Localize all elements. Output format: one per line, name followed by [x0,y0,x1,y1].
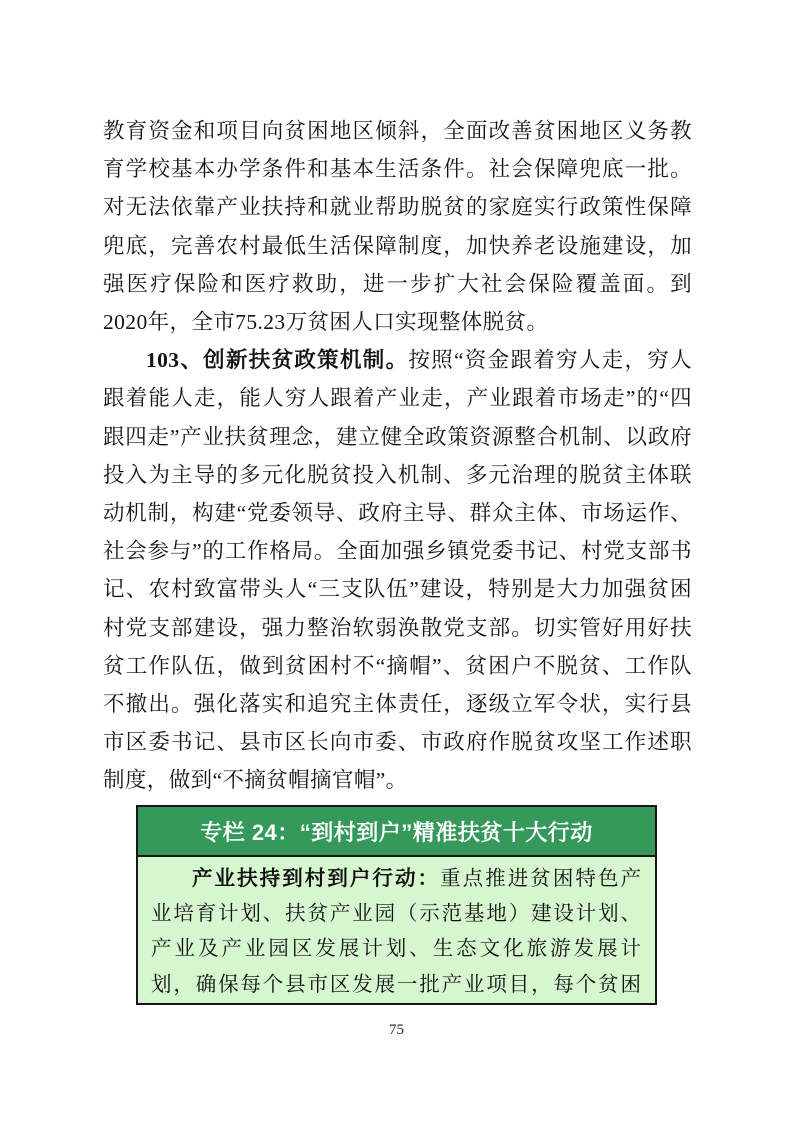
panel-header: 专栏 24：“到村到户”精准扶贫十大行动 [138,807,655,857]
paragraph-text: 教育资金和项目向贫困地区倾斜，全面改善贫困地区义务教育学校基本办学条件和基本生活… [103,119,692,334]
paragraph: 教育资金和项目向贫困地区倾斜，全面改善贫困地区义务教育学校基本办学条件和基本生活… [103,112,692,341]
paragraph-lead: 103、创新扶贫政策机制。 [146,348,408,372]
body-text: 教育资金和项目向贫困地区倾斜，全面改善贫困地区义务教育学校基本办学条件和基本生活… [103,112,692,800]
paragraph: 103、创新扶贫政策机制。按照“资金跟着穷人走，穷人跟着能人走，能人穷人跟着产业… [103,341,692,799]
panel-title: 专栏 24：“到村到户”精准扶贫十大行动 [200,816,593,847]
page-number: 75 [0,1022,793,1039]
document-page: 教育资金和项目向贫困地区倾斜，全面改善贫困地区义务教育学校基本办学条件和基本生活… [0,0,793,1122]
panel-paragraph: 产业扶持到村到户行动：重点推进贫困特色产业培育计划、扶贫产业园（示范基地）建设计… [151,862,642,1003]
highlight-panel: 专栏 24：“到村到户”精准扶贫十大行动 产业扶持到村到户行动：重点推进贫困特色… [136,805,657,1005]
paragraph-text: 按照“资金跟着穷人走，穷人跟着能人走，能人穷人跟着产业走，产业跟着市场走”的“四… [103,348,692,792]
panel-body: 产业扶持到村到户行动：重点推进贫困特色产业培育计划、扶贫产业园（示范基地）建设计… [138,857,655,1003]
panel-paragraph-lead: 产业扶持到村到户行动： [192,868,440,890]
